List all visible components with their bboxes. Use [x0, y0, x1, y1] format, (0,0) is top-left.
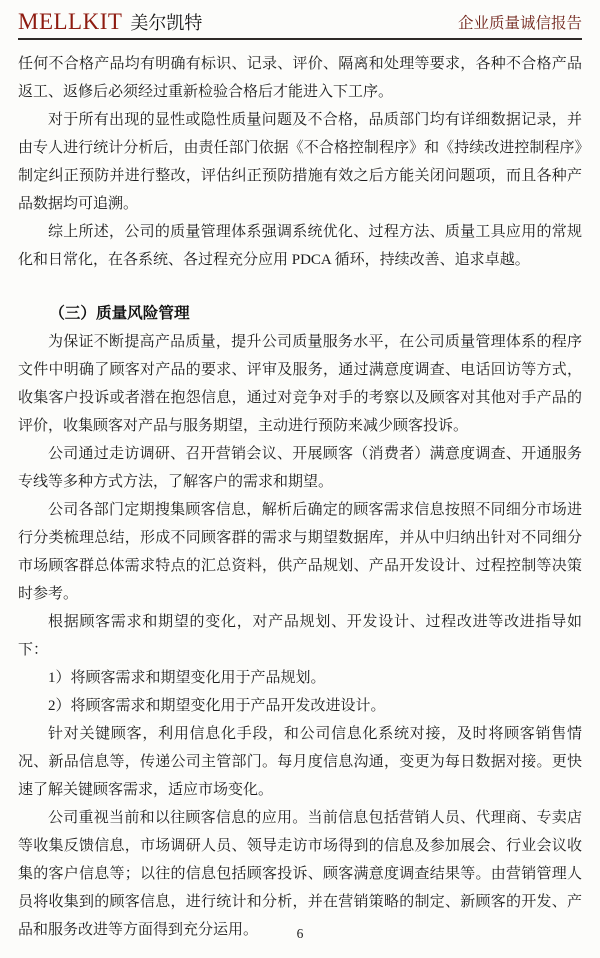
page-header: MELLKIT 美尔凯特 企业质量诚信报告	[18, 0, 582, 40]
document-body: 任何不合格产品均有明确有标识、记录、评价、隔离和处理等要求，各种不合格产品返工、…	[18, 50, 582, 944]
logo-cjk-text: 美尔凯特	[130, 9, 202, 35]
paragraph: 根据顾客需求和期望的变化，对产品规划、开发设计、过程改进等改进指导如下：	[18, 608, 582, 664]
logo-latin-text: MELLKIT	[18, 9, 122, 35]
paragraph: 综上所述，公司的质量管理体系强调系统优化、过程方法、质量工具应用的常规化和日常化…	[18, 218, 582, 274]
page-footer: 6	[0, 926, 600, 942]
document-page: MELLKIT 美尔凯特 企业质量诚信报告 任何不合格产品均有明确有标识、记录、…	[0, 0, 600, 958]
paragraph: 对于所有出现的显性或隐性质量问题及不合格，品质部门均有详细数据记录，并由专人进行…	[18, 106, 582, 218]
paragraph: 公司重视当前和以往顾客信息的应用。当前信息包括营销人员、代理商、专卖店等收集反馈…	[18, 804, 582, 944]
paragraph: 针对关键顾客，利用信息化手段，和公司信息化系统对接，及时将顾客销售情况、新品信息…	[18, 720, 582, 804]
paragraph: 为保证不断提高产品质量，提升公司质量服务水平，在公司质量管理体系的程序文件中明确…	[18, 328, 582, 440]
page-number: 6	[297, 926, 304, 941]
company-logo: MELLKIT 美尔凯特	[18, 9, 202, 35]
paragraph: 任何不合格产品均有明确有标识、记录、评价、隔离和处理等要求，各种不合格产品返工、…	[18, 50, 582, 106]
section-heading: （三）质量风险管理	[18, 300, 582, 328]
document-title: 企业质量诚信报告	[458, 11, 582, 35]
list-item-2: 2）将顾客需求和期望变化用于产品开发改进设计。	[18, 692, 582, 720]
list-item-1: 1）将顾客需求和期望变化用于产品规划。	[18, 664, 582, 692]
paragraph: 公司各部门定期搜集顾客信息，解析后确定的顾客需求信息按照不同细分市场进行分类梳理…	[18, 496, 582, 608]
paragraph: 公司通过走访调研、召开营销会议、开展顾客（消费者）满意度调查、开通服务专线等多种…	[18, 440, 582, 496]
